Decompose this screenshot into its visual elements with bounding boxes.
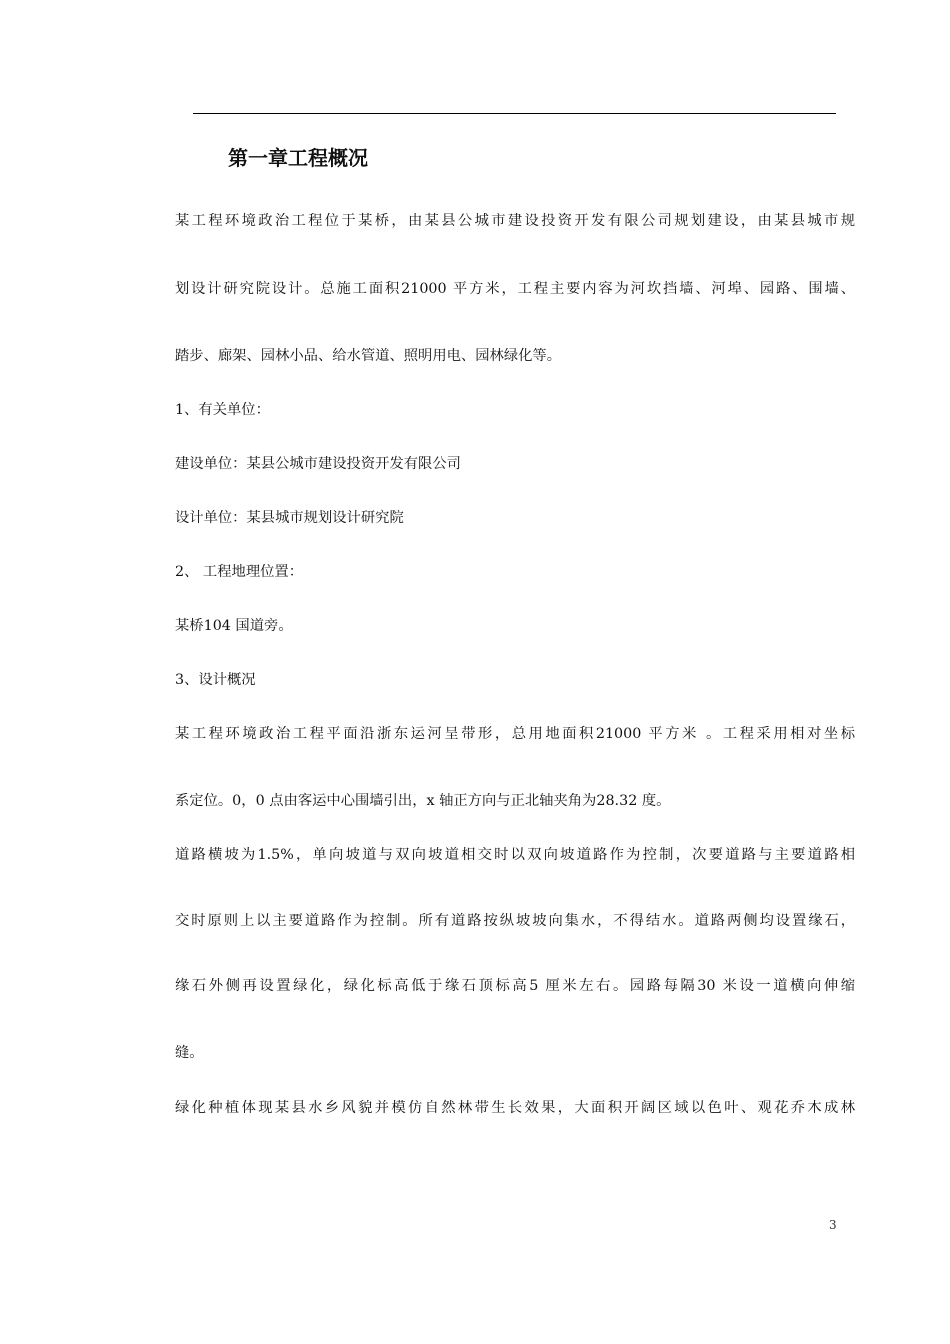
paragraph-line: 某工程环境政治工程位于某桥，由某县公城市建设投资开发有限公司规划建设，由某县城市… [175, 211, 855, 231]
paragraph-line: 缝。 [175, 1043, 204, 1063]
paragraph-line: 某工程环境政治工程平面沿浙东运河呈带形，总用地面积21000 平方米 。工程采用… [175, 724, 855, 744]
design-unit: 设计单位：某县城市规划设计研究院 [175, 508, 404, 528]
paragraph-line: 绿化种植体现某县水乡风貌并模仿自然林带生长效果，大面积开阔区域以色叶、观花乔木成… [175, 1098, 855, 1118]
section-heading-location: 2、 工程地理位置： [175, 562, 303, 582]
chapter-title: 第一章工程概况 [228, 142, 368, 171]
paragraph-line: 道路横坡为1.5%，单向坡道与双向坡道相交时以双向坡道路作为控制，次要道路与主要… [175, 845, 855, 865]
paragraph-line: 缘石外侧再设置绿化，绿化标高低于缘石顶标高5 厘米左右。园路每隔30 米设一道横… [175, 976, 855, 996]
paragraph-line: 交时原则上以主要道路作为控制。所有道路按纵坡坡向集水，不得结水。道路两侧均设置缘… [175, 911, 855, 931]
paragraph-line: 划设计研究院设计。总施工面积21000 平方米，工程主要内容为河坎挡墙、河埠、园… [175, 279, 855, 299]
construction-unit: 建设单位：某县公城市建设投资开发有限公司 [175, 454, 461, 474]
paragraph-line: 踏步、廊架、园林小品、给水管道、照明用电、园林绿化等。 [175, 346, 561, 366]
section-heading-design: 3、设计概况 [175, 670, 256, 690]
section-heading-units: 1、有关单位： [175, 400, 270, 420]
header-rule [193, 113, 836, 114]
page-number: 3 [829, 1218, 837, 1232]
location-text: 某桥104 国道旁。 [175, 616, 293, 636]
paragraph-line: 系定位。0，0 点由客运中心围墙引出，x 轴正方向与正北轴夹角为28.32 度。 [175, 791, 670, 811]
